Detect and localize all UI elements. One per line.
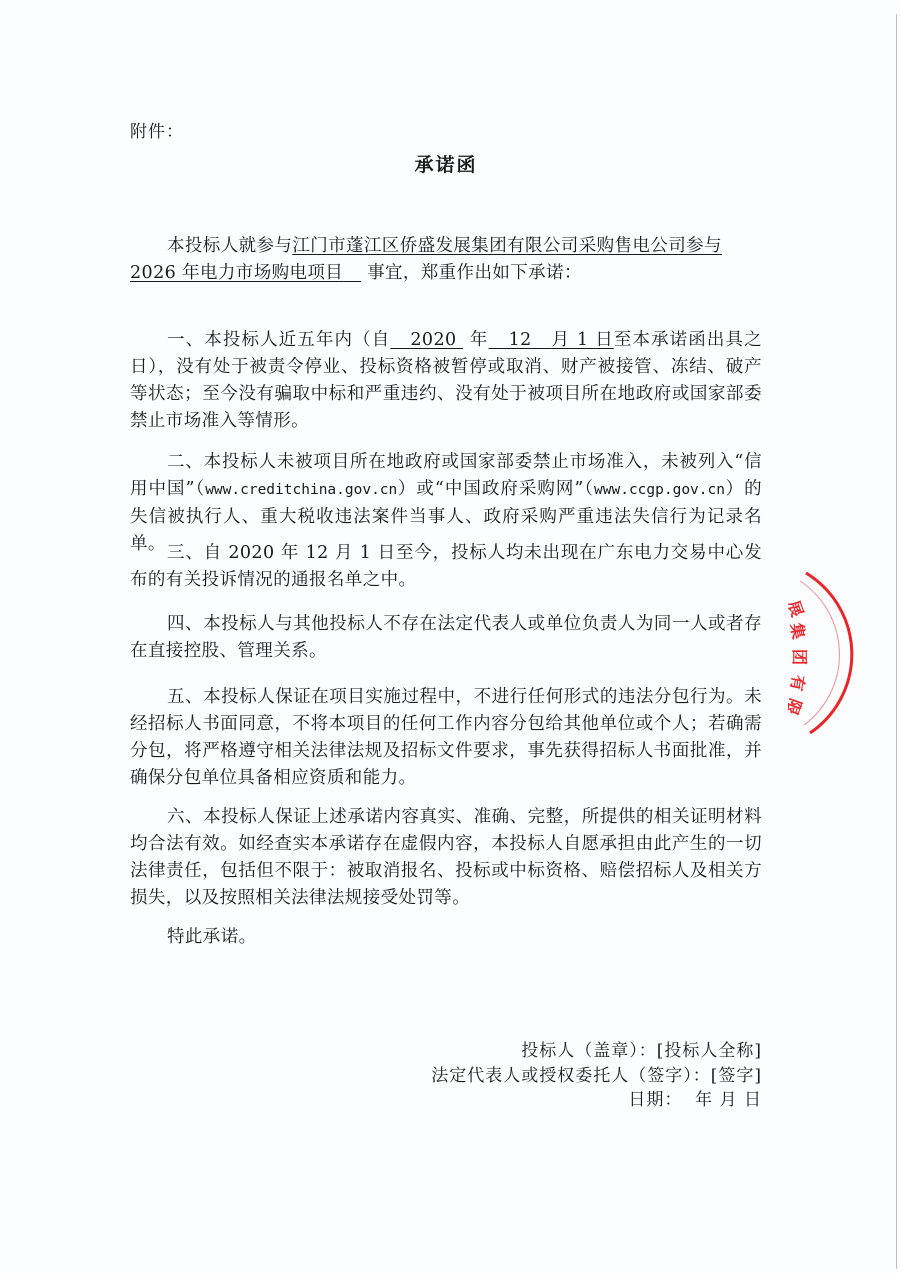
clause-5: 五、本投标人保证在项目实施过程中，不进行任何形式的违法分包行为。未经招标人书面同… <box>130 684 762 792</box>
clause-1-year: 2020 <box>390 330 463 350</box>
clause-6: 六、本投标人保证上述承诺内容真实、准确、完整，所提供的相关证明材料均合法有效。如… <box>130 804 762 912</box>
closing-statement: 特此承诺。 <box>130 924 762 951</box>
project-name-line2: 2026 年电力市场购电项目 <box>130 263 361 283</box>
svg-text:展: 展 <box>788 598 807 620</box>
clause-1-prefix: 一、本投标人近五年内（自 <box>167 330 390 350</box>
attachment-label: 附件： <box>130 117 184 142</box>
svg-text:集: 集 <box>788 622 808 641</box>
intro-prefix: 本投标人就参与 <box>167 236 292 256</box>
svg-text:团: 团 <box>790 649 809 665</box>
project-name-line1: 江门市蓬江区侨盛发展集团有限公司采购售电公司参与 <box>292 236 722 256</box>
ccgp-url: www.ccgp.gov.cn <box>594 482 725 498</box>
clause-1: 一、本投标人近五年内（自 2020 年 12 月 1 日至本承诺函出具之日），没… <box>130 327 762 435</box>
svg-text:有: 有 <box>788 673 808 692</box>
document-title: 承诺函 <box>130 150 762 177</box>
clause-1-month: 12 月 1 日 <box>489 330 614 350</box>
clause-3: 三、自 2020 年 12 月 1 日至今，投标人均未出现在广东电力交易中心发布… <box>130 540 762 594</box>
representative-signature-line: 法定代表人或授权委托人（签字）：[签字] <box>431 1064 762 1088</box>
creditchina-url: www.creditchina.gov.cn <box>205 482 397 498</box>
svg-text:限: 限 <box>788 696 805 718</box>
date-line: 日期： 年 月 日 <box>628 1088 762 1112</box>
intro-paragraph: 本投标人就参与江门市蓬江区侨盛发展集团有限公司采购售电公司参与2026 年电力市… <box>130 233 762 287</box>
intro-suffix: 事宜，郑重作出如下承诺： <box>361 263 582 283</box>
company-seal-stamp: 展 集 团 有 限 <box>788 565 900 740</box>
bidder-seal-line: 投标人（盖章）：[投标人全称] <box>521 1039 762 1063</box>
clause-4: 四、本投标人与其他投标人不存在法定代表人或单位负责人为同一人或者存在直接控股、管… <box>130 611 762 665</box>
